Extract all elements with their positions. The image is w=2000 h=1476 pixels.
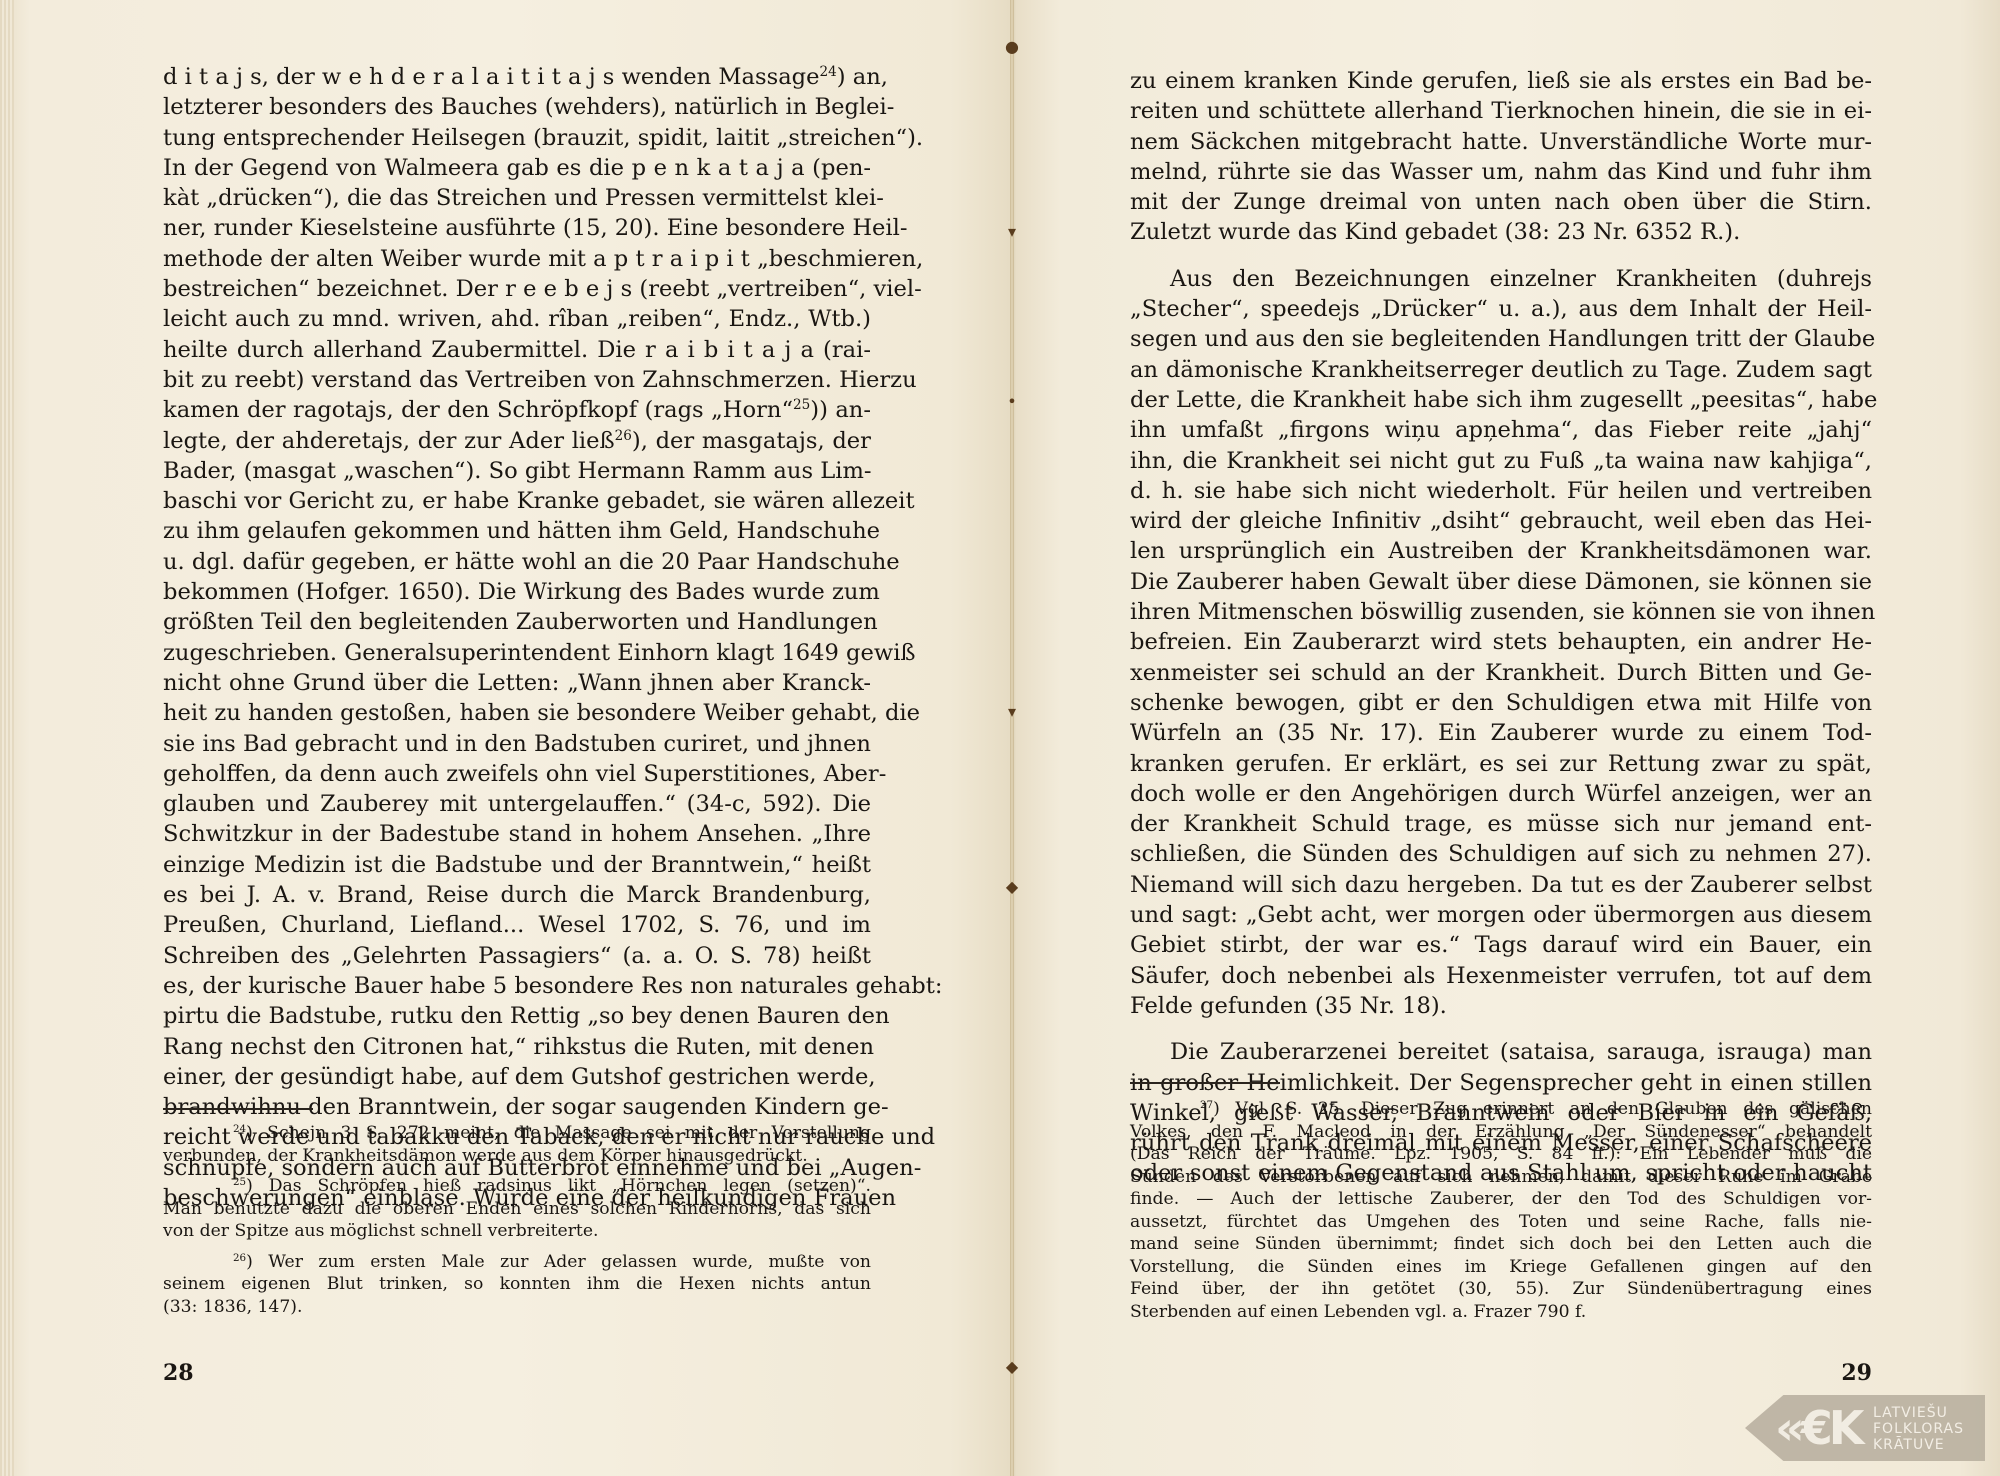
line-text: kamen der ragotajs, der den Schröpfkopf … <box>163 397 793 423</box>
text-line: ihn umfaßt „firgons wiņu apņehma“, das F… <box>1130 415 1872 445</box>
line-text: geholffen, da denn auch zweifels ohn vie… <box>163 761 886 787</box>
footnote-line: Vorstellung, die Sünden eines im Kriege … <box>1130 1256 1872 1279</box>
text-line: mit der Zunge dreimal von unten nach obe… <box>1130 187 1872 217</box>
line-text: es bei J. A. v. Brand, Reise durch die M… <box>163 882 871 908</box>
footnote-line: Sünden des Verstorbenen auf sich nehmen,… <box>1130 1166 1872 1189</box>
line-text: zu ihm gelaufen gekommen und hätten ihm … <box>163 518 880 544</box>
text-line: kranken gerufen. Er erklärt, es sei zur … <box>1130 749 1872 779</box>
footnote-paren: ) <box>246 1123 267 1143</box>
footnote-text: Vorstellung, die Sünden eines im Kriege … <box>1130 1257 1872 1277</box>
footnote-line: (33: 1836, 147). <box>163 1296 871 1319</box>
footnote-number: 25 <box>233 1176 246 1188</box>
footnote-ref: 24 <box>820 64 837 80</box>
line-text: letzterer besonders des Bauches (wehders… <box>163 94 894 120</box>
line-text: ) an, <box>837 64 888 90</box>
footnote-line: seinem eigenen Blut trinken, so konnten … <box>163 1273 871 1296</box>
logo-line: LATVIEŠU <box>1873 1405 1964 1421</box>
footnote-text: Man benutzte dazu die oberen Enden eines… <box>163 1199 871 1219</box>
line-text: bestreichen“ bezeichnet. Der r e e b e j… <box>163 276 922 302</box>
text-line: einer, der gesündigt habe, auf dem Gutsh… <box>163 1062 871 1092</box>
line-text: heit zu handen gestoßen, haben sie beson… <box>163 700 920 726</box>
text-line: größten Teil den begleitenden Zauberwort… <box>163 607 871 637</box>
text-line: ner, runder Kieselsteine ausführte (15, … <box>163 213 871 243</box>
line-text: legte, der ahderetajs, der zur Ader ließ <box>163 428 615 454</box>
text-line: schenke bewogen, gibt er den Schuldigen … <box>1130 688 1872 718</box>
line-text: Rang nechst den Citronen hat,“ rihkstus … <box>163 1034 874 1060</box>
text-line: Aus den Bezeichnungen einzelner Krankhei… <box>1130 264 1872 294</box>
text-line: reiten und schüttete allerhand Tierknoch… <box>1130 96 1872 126</box>
text-line: nicht ohne Grund über die Letten: „Wann … <box>163 668 871 698</box>
line-text: es, der kurische Bauer habe 5 besondere … <box>163 973 942 999</box>
footnote-rule <box>163 1108 313 1110</box>
text-line: der Krankheit Schuld trage, es müsse sic… <box>1130 809 1872 839</box>
line-text: zugeschrieben. Generalsuperintendent Ein… <box>163 640 916 666</box>
line-text: heilte durch allerhand Zaubermittel. Die… <box>163 337 871 363</box>
footnote-text: von der Spitze aus möglichst schnell ver… <box>163 1221 598 1241</box>
line-text: sie ins Bad gebracht und in den Badstube… <box>163 731 871 757</box>
text-line: bestreichen“ bezeichnet. Der r e e b e j… <box>163 274 871 304</box>
text-line: Die Zauberarzenei bereitet (sataisa, sar… <box>1130 1037 1872 1067</box>
footnote-paren: ) <box>246 1252 268 1272</box>
line-text: bekommen (Hofger. 1650). Die Wirkung des… <box>163 579 880 605</box>
text-line: Zuletzt wurde das Kind gebadet (38: 23 N… <box>1130 217 1872 247</box>
footnote-line: Feind über, der ihn getötet (30, 55). Zu… <box>1130 1278 1872 1301</box>
staple-icon: • <box>1005 395 1019 409</box>
text-line: pirtu die Badstube, rutku den Rettig „so… <box>163 1001 871 1031</box>
text-line: melnd, rührte sie das Wasser um, nahm da… <box>1130 157 1872 187</box>
footnote-line: mand seine Sünden übernimmt; findet sich… <box>1130 1233 1872 1256</box>
line-text: bit zu reebt) verstand das Vertreiben vo… <box>163 367 917 393</box>
line-text: kàt „drücken“), die das Streichen und Pr… <box>163 185 884 211</box>
logo-line: KRĀTUVE <box>1873 1437 1964 1453</box>
text-line: zugeschrieben. Generalsuperintendent Ein… <box>163 638 871 668</box>
line-text: pirtu die Badstube, rutku den Rettig „so… <box>163 1003 890 1029</box>
footnote-text: finde. — Auch der lettische Zauberer, de… <box>1130 1189 1872 1209</box>
text-line: bekommen (Hofger. 1650). Die Wirkung des… <box>163 577 871 607</box>
text-line: segen und aus den sie begleitenden Handl… <box>1130 324 1872 354</box>
archive-logo: «€K LATVIEŠU FOLKLORAS KRĀTUVE <box>1745 1395 1985 1461</box>
text-line: zu einem kranken Kinde gerufen, ließ sie… <box>1130 66 1872 96</box>
text-line: einzige Medizin ist die Badstube und der… <box>163 850 871 880</box>
staple-icon: ▾ <box>1005 225 1019 239</box>
line-text: glauben und Zauberey mit untergelauffen.… <box>163 791 871 817</box>
text-line: und sagt: „Gebt acht, wer morgen oder üb… <box>1130 900 1872 930</box>
text-line: letzterer besonders des Bauches (wehders… <box>163 92 871 122</box>
text-line: es bei J. A. v. Brand, Reise durch die M… <box>163 880 871 910</box>
text-line: Würfeln an (35 Nr. 17). Ein Zauberer wur… <box>1130 718 1872 748</box>
logo-line: FOLKLORAS <box>1873 1421 1964 1437</box>
text-line: bit zu reebt) verstand das Vertreiben vo… <box>163 365 871 395</box>
line-text: einzige Medizin ist die Badstube und der… <box>163 852 871 878</box>
footnote-number: 27 <box>1200 1099 1213 1111</box>
paragraph-gap <box>1130 248 1872 264</box>
line-text: In der Gegend von Walmeera gab es die p … <box>163 155 871 181</box>
footnote-text: Feind über, der ihn getötet (30, 55). Zu… <box>1130 1279 1872 1299</box>
footnote-text: aussetzt, fürchtet das Umgehen des Toten… <box>1130 1212 1872 1232</box>
line-text: Preußen, Churland, Liefland... Wesel 170… <box>163 912 871 938</box>
footnote-line: verbunden, der Krankheitsdämon werde aus… <box>163 1145 871 1168</box>
text-line: ihn, die Krankheit sei nicht gut zu Fuß … <box>1130 446 1872 476</box>
footnote-ref: 26 <box>615 427 632 443</box>
text-line: der Lette, die Krankheit habe sich ihm z… <box>1130 385 1872 415</box>
text-line: In der Gegend von Walmeera gab es die p … <box>163 153 871 183</box>
staple-icon: ◆ <box>1005 880 1019 894</box>
logo-mark-icon: «€K <box>1775 1403 1860 1453</box>
text-line: Rang nechst den Citronen hat,“ rihkstus … <box>163 1032 871 1062</box>
line-text: Schreiben des „Gelehrten Passagiers“ (a.… <box>163 943 871 969</box>
paragraph-gap <box>1130 1021 1872 1037</box>
footnote-text: Schejn 3 S. 272 meint, die Massage sei m… <box>267 1123 871 1143</box>
line-text: baschi vor Gericht zu, er habe Kranke ge… <box>163 488 915 514</box>
footnote-paren: ) <box>1213 1099 1235 1119</box>
line-text: methode der alten Weiber wurde mit a p t… <box>163 246 923 272</box>
text-line: an dämonische Krankheitserreger deutlich… <box>1130 355 1872 385</box>
text-line: d i t a j s, der w e h d e r a l a i t i… <box>163 62 871 92</box>
footnote-line: aussetzt, fürchtet das Umgehen des Toten… <box>1130 1211 1872 1234</box>
footnote-text: Vgl. S. 25. Dieser Zug erinnert an den G… <box>1236 1099 1872 1119</box>
footnote-line: 26) Wer zum ersten Male zur Ader gelasse… <box>163 1251 871 1274</box>
text-line: legte, der ahderetajs, der zur Ader ließ… <box>163 426 871 456</box>
footnote-text: (33: 1836, 147). <box>163 1297 302 1317</box>
line-text: tung entsprechender Heilsegen (brauzit, … <box>163 125 923 151</box>
line-text: u. dgl. dafür gegeben, er hätte wohl an … <box>163 549 900 575</box>
text-line: u. dgl. dafür gegeben, er hätte wohl an … <box>163 547 871 577</box>
footnote-number: 26 <box>233 1251 246 1263</box>
line-text: d i t a j s, der w e h d e r a l a i t i… <box>163 64 820 90</box>
text-line: leicht auch zu mnd. wriven, ahd. rîban „… <box>163 304 871 334</box>
footnote-text: Volkes, den F. Macleod in der Erzählung … <box>1130 1122 1872 1142</box>
text-line: es, der kurische Bauer habe 5 besondere … <box>163 971 871 1001</box>
text-line: ihren Mitmenschen böswillig zusenden, si… <box>1130 597 1872 627</box>
footnote-line: 24) Schejn 3 S. 272 meint, die Massage s… <box>163 1122 871 1145</box>
footnote-line: Man benutzte dazu die oberen Enden eines… <box>163 1198 871 1221</box>
staple-icon: ● <box>1005 40 1019 54</box>
line-text: einer, der gesündigt habe, auf dem Gutsh… <box>163 1064 876 1090</box>
text-line: Gebiet stirbt, der war es.“ Tags darauf … <box>1130 930 1872 960</box>
staple-icon: ▾ <box>1005 705 1019 719</box>
text-line: schließen, die Sünden des Schuldigen auf… <box>1130 839 1872 869</box>
logo-text: LATVIEŠU FOLKLORAS KRĀTUVE <box>1873 1405 1964 1453</box>
right-page-body: zu einem kranken Kinde gerufen, ließ sie… <box>1130 66 1872 1189</box>
footnote-text: verbunden, der Krankheitsdämon werde aus… <box>163 1146 808 1166</box>
text-line: tung entsprechender Heilsegen (brauzit, … <box>163 123 871 153</box>
page-number-left: 28 <box>163 1360 194 1386</box>
text-line: d. h. sie habe sich nicht wiederholt. Fü… <box>1130 476 1872 506</box>
right-page: zu einem kranken Kinde gerufen, ließ sie… <box>1130 0 1872 1476</box>
footnote-text: Sünden des Verstorbenen auf sich nehmen,… <box>1130 1167 1872 1187</box>
text-line: methode der alten Weiber wurde mit a p t… <box>163 244 871 274</box>
footnote-line: finde. — Auch der lettische Zauberer, de… <box>1130 1188 1872 1211</box>
text-line: Felde gefunden (35 Nr. 18). <box>1130 991 1872 1021</box>
line-text: ner, runder Kieselsteine ausführte (15, … <box>163 215 908 241</box>
text-line: baschi vor Gericht zu, er habe Kranke ge… <box>163 486 871 516</box>
text-line: kàt „drücken“), die das Streichen und Pr… <box>163 183 871 213</box>
left-page-body: d i t a j s, der w e h d e r a l a i t i… <box>163 62 871 1213</box>
text-line: doch wolle er den Angehörigen durch Würf… <box>1130 779 1872 809</box>
text-line: kamen der ragotajs, der den Schröpfkopf … <box>163 395 871 425</box>
footnote-rule <box>1130 1082 1280 1084</box>
line-text: leicht auch zu mnd. wriven, ahd. rîban „… <box>163 306 871 332</box>
footnote-line: Volkes, den F. Macleod in der Erzählung … <box>1130 1121 1872 1144</box>
text-line: Preußen, Churland, Liefland... Wesel 170… <box>163 910 871 940</box>
text-line: befreien. Ein Zauberarzt wird stets beha… <box>1130 627 1872 657</box>
text-line: heit zu handen gestoßen, haben sie beson… <box>163 698 871 728</box>
footnote-ref: 25 <box>793 397 810 413</box>
footnote-text: Wer zum ersten Male zur Ader gelassen wu… <box>268 1252 871 1272</box>
line-text: Bader, (masgat „waschen“). So gibt Herma… <box>163 458 872 484</box>
footnote-text: (Das Reich der Träume. Lpz. 1905, S. 84 … <box>1130 1144 1872 1164</box>
text-line: Bader, (masgat „waschen“). So gibt Herma… <box>163 456 871 486</box>
text-line: zu ihm gelaufen gekommen und hätten ihm … <box>163 516 871 546</box>
footnote-line: (Das Reich der Träume. Lpz. 1905, S. 84 … <box>1130 1143 1872 1166</box>
left-page-footnotes: 24) Schejn 3 S. 272 meint, die Massage s… <box>163 1122 871 1318</box>
staple-icon: ◆ <box>1005 1360 1019 1374</box>
footnote-line: Sterbenden auf einen Lebenden vgl. a. Fr… <box>1130 1301 1872 1324</box>
line-text: )) an- <box>810 397 871 423</box>
text-line: glauben und Zauberey mit untergelauffen.… <box>163 789 871 819</box>
line-text: ), der masgatajs, der <box>632 428 871 454</box>
footnote-gap <box>163 1243 871 1251</box>
text-line: heilte durch allerhand Zaubermittel. Die… <box>163 335 871 365</box>
text-line: sie ins Bad gebracht und in den Badstube… <box>163 729 871 759</box>
text-line: „Stecher“, speedejs „Drücker“ u. a.), au… <box>1130 294 1872 324</box>
footnote-text: Sterbenden auf einen Lebenden vgl. a. Fr… <box>1130 1302 1586 1322</box>
right-page-footnotes: 27) Vgl. S. 25. Dieser Zug erinnert an d… <box>1130 1098 1872 1323</box>
left-page: d i t a j s, der w e h d e r a l a i t i… <box>163 0 871 1476</box>
line-text: größten Teil den begleitenden Zauberwort… <box>163 609 878 635</box>
text-line: Säufer, doch nebenbei als Hexenmeister v… <box>1130 961 1872 991</box>
footnote-gap <box>163 1167 871 1175</box>
text-line: geholffen, da denn auch zweifels ohn vie… <box>163 759 871 789</box>
footnote-number: 24 <box>233 1123 246 1135</box>
page-number-right: 29 <box>1841 1360 1872 1386</box>
line-text: Schwitzkur in der Badestube stand in hoh… <box>163 821 871 847</box>
line-text: nicht ohne Grund über die Letten: „Wann … <box>163 670 871 696</box>
footnote-line: von der Spitze aus möglichst schnell ver… <box>163 1220 871 1243</box>
text-line: Schreiben des „Gelehrten Passagiers“ (a.… <box>163 941 871 971</box>
footnote-text: mand seine Sünden übernimmt; findet sich… <box>1130 1234 1872 1254</box>
text-line: Niemand will sich dazu hergeben. Da tut … <box>1130 870 1872 900</box>
page-edges <box>0 0 14 1476</box>
footnote-line: 27) Vgl. S. 25. Dieser Zug erinnert an d… <box>1130 1098 1872 1121</box>
text-line: Schwitzkur in der Badestube stand in hoh… <box>163 819 871 849</box>
book-spread: ● ▾ • ▾ ◆ ◆ d i t a j s, der w e h d e r… <box>0 0 2000 1476</box>
footnote-text: Das Schröpfen hieß radsiņus likt „Hörnch… <box>269 1176 871 1196</box>
text-line: nem Säckchen mitgebracht hatte. Unverstä… <box>1130 127 1872 157</box>
footnote-paren: ) <box>246 1176 269 1196</box>
footnote-text: seinem eigenen Blut trinken, so konnten … <box>163 1274 871 1294</box>
text-line: xenmeister sei schuld an der Krankheit. … <box>1130 658 1872 688</box>
text-line: Die Zauberer haben Gewalt über diese Däm… <box>1130 567 1872 597</box>
text-line: wird der gleiche Infinitiv „dsiht“ gebra… <box>1130 506 1872 536</box>
footnote-line: 25) Das Schröpfen hieß radsiņus likt „Hö… <box>163 1175 871 1198</box>
text-line: len ursprünglich ein Austreiben der Kran… <box>1130 536 1872 566</box>
